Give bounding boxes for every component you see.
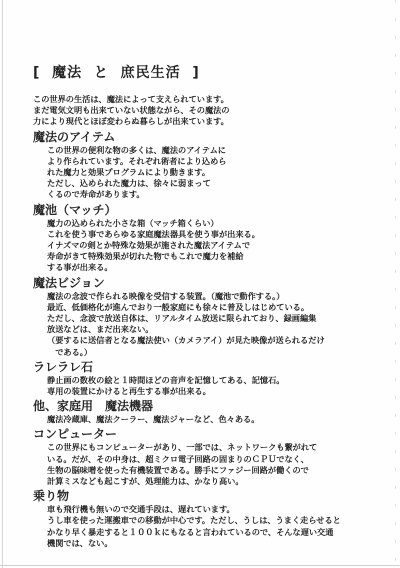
body-line: 車も飛行機も無いので交通手段は、遅れています。 <box>47 504 363 515</box>
body-line: より作られています。それぞれ術者により込めら <box>47 156 363 167</box>
section-rarerare-stone: ラレラレ石 静止画の数枚の絵と１時間ほどの音声を記憶してある、記憶石。 専用の装… <box>33 360 363 397</box>
intro-line: まだ電気文明も出来ていない状態ながら、その魔法の <box>33 105 363 116</box>
page-content: [ 魔法 と 庶民生活 ] この世界の生活は、魔法によって支えられています。 ま… <box>33 62 363 551</box>
intro-line: 力により現代とほぼ変わらぬ暮らしが出来ています。 <box>33 116 363 127</box>
body-line: うし車を使った運搬車での移動が中心です。ただし、うしは、うまく走らせると <box>47 515 363 526</box>
scanned-page: [ 魔法 と 庶民生活 ] この世界の生活は、魔法によって支えられています。 ま… <box>0 0 400 568</box>
body-line: ただし、込められた魔力は、徐々に弱まって <box>47 178 363 189</box>
body-line: この世界の便利な物の多くは、魔法のアイテムに <box>47 145 363 156</box>
section-household-devices: 他、家庭用 魔法機器 魔法冷蔵庫、魔法クーラー、魔法ジャーなど、色々ある。 <box>33 399 363 425</box>
section-heading: 他、家庭用 魔法機器 <box>33 399 363 414</box>
body-line: （要するに送信者となる魔法使い（カメラアイ）が見た映像が送られるだけ <box>47 335 363 346</box>
section-body: 静止画の数枚の絵と１時間ほどの音声を記憶してある、記憶石。 専用の装置にかけると… <box>33 375 363 397</box>
section-heading: 魔法ビジョン <box>33 276 363 291</box>
section-heading: 乗り物 <box>33 489 363 504</box>
page-edge-bottom <box>0 565 400 566</box>
section-heading: コンピューター <box>33 427 363 442</box>
page-edge-right <box>395 0 396 568</box>
body-line: いる。だが、その中身は、超ミクロ電子回路の固まりのＣＰＵでなく、 <box>47 454 363 465</box>
section-heading: ラレラレ石 <box>33 360 363 375</box>
body-line: 機関では、ない。 <box>47 538 363 549</box>
body-line: 専用の装置にかけると再生する事が出来る。 <box>47 386 363 397</box>
section-body: 魔法の念波で作られる映像を受信する装置。（魔池で動作する。） 最近、低価格化が進… <box>33 291 363 358</box>
body-line: する事が出来る。 <box>47 262 363 273</box>
body-line: ただし、念波で放送自体は、リアルタイム放送に限られており、録画編集 <box>47 313 363 324</box>
section-magic-items: 魔法のアイテム この世界の便利な物の多くは、魔法のアイテムに より作られています… <box>33 130 363 201</box>
section-computer: コンピューター この世界にもコンピューターがあり、一部では、ネットワークも繋がれ… <box>33 427 363 487</box>
body-line: である。） <box>47 347 363 358</box>
body-line: くるので寿命があります。 <box>47 189 363 200</box>
body-line: 計算ミスなども起こすが、処理能力は、かなり高い。 <box>47 476 363 487</box>
section-body: 車も飛行機も無いので交通手段は、遅れています。 うし車を使った運搬車での移動が中… <box>33 504 363 549</box>
section-heading: 魔池（マッチ） <box>33 203 363 218</box>
section-heading: 魔法のアイテム <box>33 130 363 145</box>
body-line: 放送などは、まだ出来ない。 <box>47 324 363 335</box>
body-line: 最近、低価格化が進んでおり一般家庭にも徐々に普及しはじめている。 <box>47 302 363 313</box>
section-body: 魔力の込められた小さな箱（マッチ箱くらい） これを使う事であらゆる家庭魔法器具を… <box>33 218 363 274</box>
body-line: 生物の脳味噌を使った有機装置である。勝手にファジー回路が働くので <box>47 465 363 476</box>
intro-line: この世界の生活は、魔法によって支えられています。 <box>33 94 363 105</box>
body-line: これを使う事であらゆる家庭魔法器具を使う事が出来る。 <box>47 229 363 240</box>
body-line: かなり早く暴走すると１００ｋにもなると言われているので、そんな遅い交通 <box>47 527 363 538</box>
section-magic-battery: 魔池（マッチ） 魔力の込められた小さな箱（マッチ箱くらい） これを使う事であらゆ… <box>33 203 363 274</box>
body-line: この世界にもコンピューターがあり、一部では、ネットワークも繋がれて <box>47 442 363 453</box>
section-body: 魔法冷蔵庫、魔法クーラー、魔法ジャーなど、色々ある。 <box>33 414 363 425</box>
section-vehicles: 乗り物 車も飛行機も無いので交通手段は、遅れています。 うし車を使った運搬車での… <box>33 489 363 549</box>
section-body: この世界の便利な物の多くは、魔法のアイテムに より作られています。それぞれ術者に… <box>33 145 363 201</box>
body-line: 魔力の込められた小さな箱（マッチ箱くらい） <box>47 218 363 229</box>
body-line: 静止画の数枚の絵と１時間ほどの音声を記憶してある、記憶石。 <box>47 375 363 386</box>
body-line: 魔法の念波で作られる映像を受信する装置。（魔池で動作する。） <box>47 291 363 302</box>
section-body: この世界にもコンピューターがあり、一部では、ネットワークも繋がれて いる。だが、… <box>33 442 363 487</box>
body-line: れた魔力と効果プログラムにより動きます。 <box>47 167 363 178</box>
page-edge-left <box>2 0 3 568</box>
body-line: 魔法冷蔵庫、魔法クーラー、魔法ジャーなど、色々ある。 <box>47 414 363 425</box>
intro-paragraph: この世界の生活は、魔法によって支えられています。 まだ電気文明も出来ていない状態… <box>33 94 363 128</box>
section-magic-vision: 魔法ビジョン 魔法の念波で作られる映像を受信する装置。（魔池で動作する。） 最近… <box>33 276 363 358</box>
page-title: [ 魔法 と 庶民生活 ] <box>33 62 363 82</box>
body-line: 寿命がきて特殊効果が切れた物でもこれで魔力を補給 <box>47 251 363 262</box>
body-line: イナズマの剣とか特殊な効果が施された魔法アイテムで <box>47 240 363 251</box>
